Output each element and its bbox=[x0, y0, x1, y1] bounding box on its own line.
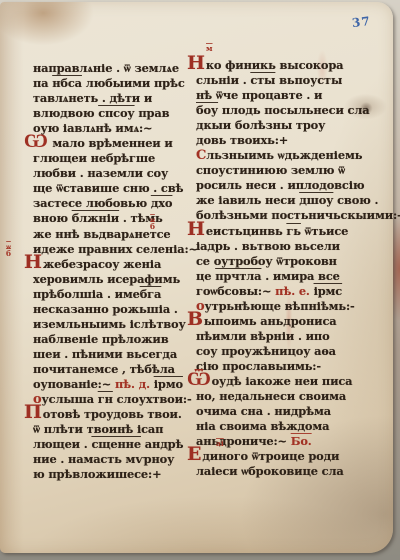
text-line: но, недальнеси своима bbox=[196, 389, 364, 404]
ink-text-run: жебезрасоу женіа bbox=[43, 257, 161, 271]
ink-text-run: довь твоихь:+ bbox=[196, 133, 288, 147]
ink-text-run: наблвеніе прѣложив bbox=[33, 332, 169, 346]
text-line: застесе любовью дхо bbox=[33, 196, 191, 211]
ink-text-run: направлѧніе . ѿ землѧе bbox=[33, 61, 179, 75]
text-line: шеи . пѣними вьсегда bbox=[33, 347, 191, 362]
ink-text-run: нбса bbox=[52, 76, 82, 90]
ink-text-run: диного ѿтроице роди bbox=[202, 449, 339, 463]
ink-text-run: вьпоусты bbox=[275, 73, 342, 87]
ink-text-run: болѣзньми постьничьскыими:- bbox=[196, 208, 400, 222]
text-line: це прчтла . имира все bbox=[196, 269, 364, 284]
ink-text-run: прчтла bbox=[215, 269, 261, 283]
ink-text-run: ѿтьисе bbox=[301, 224, 348, 238]
text-line: оую іавлѧнѣ имѧ:~ bbox=[33, 121, 191, 136]
ink-text-run: гн bbox=[98, 392, 113, 406]
ink-text-run: почитанемсе , тѣбѣла bbox=[33, 362, 175, 376]
ink-text-run: отовѣ троудовь твои. bbox=[43, 407, 182, 421]
ink-text-run: очима сна . нидрѣма bbox=[196, 404, 331, 418]
text-line: ніа своима вѣждома bbox=[196, 419, 364, 434]
ink-text-run: застесе любовью bbox=[33, 196, 151, 210]
ink-text-run: ко финикь высокора bbox=[206, 58, 344, 72]
text-line: херовимль исерафимь bbox=[33, 272, 191, 287]
text-line: ѿ плѣти твоинѣ ісап bbox=[33, 422, 191, 437]
marginal-rubric-glyph: аі bbox=[216, 440, 224, 447]
ink-text-run: блжніи bbox=[72, 211, 119, 225]
ink-text-run: же іавиль неси bbox=[196, 193, 299, 207]
manuscript-page: 37 направлѧніе . ѿ землѧепа нбса любыими… bbox=[0, 2, 393, 553]
ink-text-run: соу проужѣницоу аѳа bbox=[196, 344, 336, 358]
text-line: оупованіе:~ пѣ. д. ірмо bbox=[33, 377, 191, 392]
ink-text-run: па bbox=[33, 76, 52, 90]
rubric-text-run: Е bbox=[187, 449, 201, 460]
text-line: Ѡ мало врѣменнеи и bbox=[33, 136, 191, 151]
text-line: же іавиль неси дшоу свою . bbox=[196, 193, 364, 208]
text-line: Потовѣ троудовь твои. bbox=[33, 407, 191, 422]
text-line: Выпоимь аньдрониса bbox=[196, 314, 364, 329]
ink-text-run: ыпоимь аньдрониса bbox=[204, 314, 337, 328]
ink-text-run: іадрь . вьтвою вьсели bbox=[196, 239, 340, 253]
ink-text-run: еистьцинвь bbox=[206, 224, 287, 238]
text-line: вною блжніи . тѣмь bbox=[33, 211, 191, 226]
text-column-left: направлѧніе . ѿ землѧепа нбса любыими пр… bbox=[33, 61, 191, 482]
text-line: любви . наземли соу bbox=[33, 166, 191, 181]
ink-text-run: . имира все bbox=[261, 269, 339, 283]
ink-text-run: це bbox=[196, 269, 215, 283]
rubric-text-run: Н bbox=[187, 224, 205, 235]
ink-text-run: нѣ ѿче процавте . и bbox=[196, 88, 322, 102]
text-line: дкыи болѣзны троу bbox=[196, 118, 364, 133]
ink-text-run: льзныимь ѡдьжденіемь bbox=[206, 148, 362, 162]
text-line: же ннѣ вьдварѧнетсе bbox=[33, 227, 191, 242]
ink-text-run: лющеи . bbox=[33, 437, 91, 451]
ink-text-run: аньдрониче:~ bbox=[196, 434, 291, 448]
ink-text-run: сщенне bbox=[91, 437, 141, 451]
marginal-rubric-note: ѡб bbox=[150, 216, 155, 230]
ink-text-run: оудѣ іакоже неи писа bbox=[212, 374, 353, 388]
marginal-rubric-glyph: б bbox=[6, 250, 11, 257]
ink-text-run: гь bbox=[286, 224, 300, 238]
text-line: ще ѿставише сню . свѣ bbox=[33, 181, 191, 196]
marginal-rubric-note: м bbox=[206, 45, 213, 52]
ink-text-run: несказанно рожьшіа . bbox=[33, 302, 178, 316]
text-line: иземльныимь іслѣтвоу bbox=[33, 317, 191, 332]
rubric-text-run: Ѿ bbox=[187, 374, 211, 385]
text-line: Ѿоудѣ іакоже неи писа bbox=[196, 374, 364, 389]
ink-text-run: но, недальнеси своима bbox=[196, 389, 346, 403]
text-column-right: Нко финикь высокорасльніи . сты вьпоусты… bbox=[196, 58, 364, 479]
ink-text-run: ние . намасть мѵрноу bbox=[33, 452, 174, 466]
ink-text-run: боу bbox=[196, 103, 218, 117]
ink-text-run: дшоу bbox=[299, 193, 333, 207]
rubric-text-run: Ѡ bbox=[24, 136, 48, 147]
text-line: гоѡбсовы:~ пѣ. е. ірмс bbox=[196, 284, 364, 299]
ink-text-run: утрьнѣюще вѣпніѣмь:- bbox=[205, 299, 355, 313]
text-line: несказанно рожьшіа . bbox=[33, 302, 191, 317]
ink-text-run: иземльныимь іслѣтвоу bbox=[33, 317, 186, 331]
text-line: ю прѣвложишесе:+ bbox=[33, 467, 191, 482]
text-line: Нко финикь высокора bbox=[196, 58, 364, 73]
rubric-text-run: В bbox=[187, 314, 203, 325]
text-line: болѣзньми постьничьскыими:- bbox=[196, 208, 364, 223]
text-line: ние . намасть мѵрноу bbox=[33, 452, 191, 467]
marginal-rubric-note: ѡб bbox=[6, 243, 11, 257]
ink-text-run: сты bbox=[250, 73, 275, 87]
ink-text-run: ніа своима вѣждома bbox=[196, 419, 329, 433]
ink-text-run: сльніи . bbox=[196, 73, 250, 87]
ink-text-run: глющеи небрѣгше bbox=[33, 151, 155, 165]
ink-text-run: лаіеси ѡброковице сла bbox=[196, 464, 344, 478]
ink-text-run: . тѣмь bbox=[119, 211, 163, 225]
ink-text-run: ѿ плѣти твоинѣ ісап bbox=[33, 422, 163, 436]
text-line: наблвеніе прѣложив bbox=[33, 332, 191, 347]
text-line: оуслыша гн слоухтвои:- bbox=[33, 392, 191, 407]
text-line: оутрьнѣюще вѣпніѣмь:- bbox=[196, 299, 364, 314]
text-line: лющеи . сщенне андрѣ bbox=[33, 437, 191, 452]
text-line: очима сна . нидрѣма bbox=[196, 404, 364, 419]
text-line: боу плодь посыльнеси сла bbox=[196, 103, 364, 118]
folio-number: 37 bbox=[351, 14, 371, 30]
rubric-text-run: С bbox=[196, 148, 206, 163]
ink-text-run: любви . наземли соу bbox=[33, 166, 168, 180]
text-line: направлѧніе . ѿ землѧе bbox=[33, 61, 191, 76]
text-line: влюдвою спсоу прав bbox=[33, 106, 191, 121]
ink-text-run: спсоу bbox=[98, 106, 134, 120]
ink-text-run: идеже правних селеніа:~ bbox=[33, 242, 198, 256]
rubric-text-run: П bbox=[24, 407, 42, 418]
ink-text-run: андрѣ bbox=[141, 437, 183, 451]
ink-text-run: сію прославыимь:- bbox=[196, 359, 321, 373]
ink-text-run: влюдвою bbox=[33, 106, 98, 120]
ink-text-run: услыша bbox=[42, 392, 98, 406]
text-line: іадрь . вьтвою вьсели bbox=[196, 239, 364, 254]
marginal-rubric-glyph: м bbox=[206, 45, 213, 52]
rubric-text-run: Н bbox=[24, 257, 42, 268]
ink-text-run: ще ѿставише сню . свѣ bbox=[33, 181, 183, 195]
text-line: тавлѧнеть . дѣти и bbox=[33, 91, 191, 106]
text-line: Единого ѿтроице роди bbox=[196, 449, 364, 464]
ink-text-run: свою . bbox=[333, 193, 378, 207]
text-line: довь твоихь:+ bbox=[196, 133, 364, 148]
text-line: глющеи небрѣгше bbox=[33, 151, 191, 166]
ink-text-run: ю прѣвложишесе:+ bbox=[33, 467, 161, 481]
text-line: сію прославыимь:- bbox=[196, 359, 364, 374]
ink-text-run: пѣимли вѣрніи . ипо bbox=[196, 329, 330, 343]
text-line: Неистьцинвь гь ѿтьисе bbox=[196, 224, 364, 239]
rubric-text-run: Н bbox=[187, 58, 205, 69]
rubric-text-run: пѣ. д. bbox=[115, 377, 154, 391]
ink-text-run: любыими прѣс bbox=[82, 76, 185, 90]
ink-text-run: дхо bbox=[151, 196, 173, 210]
ink-text-run: ірмс bbox=[314, 284, 343, 298]
text-line: лаіеси ѡброковице сла bbox=[196, 464, 364, 479]
text-line: нѣ ѿче процавте . и bbox=[196, 88, 364, 103]
ink-text-run: плодь посыльнеси сла bbox=[218, 103, 369, 117]
ink-text-run: гоѡбсовы:~ bbox=[196, 284, 275, 298]
text-line: почитанемсе , тѣбѣла bbox=[33, 362, 191, 377]
text-line: пѣимли вѣрніи . ипо bbox=[196, 329, 364, 344]
text-line: споустиниюю землю ѿ bbox=[196, 163, 364, 178]
marginal-rubric-glyph: б bbox=[150, 223, 155, 230]
text-line: се оутробоу ѿтроковн bbox=[196, 254, 364, 269]
text-line: Сльзныимь ѡдьжденіемь bbox=[196, 148, 364, 163]
text-line: соу проужѣницоу аѳа bbox=[196, 344, 364, 359]
ink-text-run: росиль неси . иплодовсію bbox=[196, 178, 364, 192]
ink-text-run: се оутробоу ѿтроковн bbox=[196, 254, 337, 268]
text-line: прѣболшіа . имебга bbox=[33, 287, 191, 302]
rubric-text-run: пѣ. е. bbox=[275, 284, 313, 298]
marginal-rubric-note: аі bbox=[216, 440, 224, 447]
text-line: Нжебезрасоу женіа bbox=[33, 257, 191, 272]
ink-text-run: споустиниюю землю ѿ bbox=[196, 163, 345, 177]
text-line: идеже правних селеніа:~ bbox=[33, 242, 191, 257]
ink-text-run: оую іавлѧнѣ имѧ:~ bbox=[33, 121, 152, 135]
ink-text-run: дкыи болѣзны троу bbox=[196, 118, 325, 132]
rubric-text-run: Бо. bbox=[291, 434, 312, 448]
text-line: росиль неси . иплодовсію bbox=[196, 178, 364, 193]
ink-text-run: херовимль исерафимь bbox=[33, 272, 180, 286]
ink-text-run: слоухтвои:- bbox=[113, 392, 192, 406]
ink-text-run: прѣболшіа . име bbox=[33, 287, 140, 301]
ink-text-run: мало врѣменнеи и bbox=[49, 136, 173, 150]
text-line: сльніи . сты вьпоусты bbox=[196, 73, 364, 88]
ink-text-run: шеи . пѣними вьсегда bbox=[33, 347, 177, 361]
ink-text-run: оупованіе:~ bbox=[33, 377, 115, 391]
ink-text-run: ірмо bbox=[154, 377, 183, 391]
ink-text-run: вною bbox=[33, 211, 72, 225]
ink-text-run: тавлѧнеть . дѣти и bbox=[33, 91, 152, 105]
text-line: па нбса любыими прѣс bbox=[33, 76, 191, 91]
ink-text-run: прав bbox=[135, 106, 170, 120]
ink-text-run: бга bbox=[140, 287, 162, 301]
